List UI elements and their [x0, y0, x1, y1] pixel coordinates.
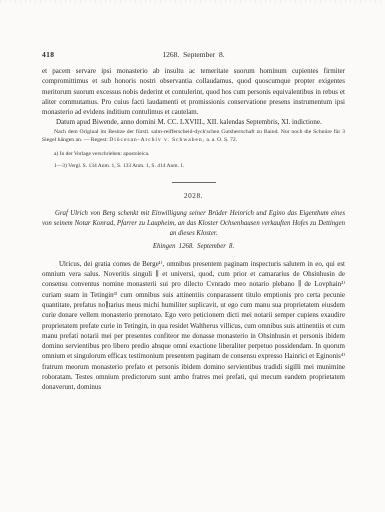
- section-divider-rule: [172, 182, 216, 183]
- charter-body-text: Ulricus, dei gratia comes de Berge¹⁾, om…: [42, 259, 345, 393]
- footnote-1-3: 1—3) Vergl. S. 134 Anm. 1, S. 133 Anm. 1…: [42, 162, 345, 170]
- charter-dateline: Ehingen 1268. September 8.: [42, 242, 345, 252]
- running-head: 1268. September 8.: [42, 50, 345, 59]
- scan-edge-artifact: [0, 0, 385, 3]
- previous-charter-continuation: et pacem servare ipsi monasterio ab insu…: [42, 66, 345, 117]
- charter-regest-summary: Graf Ulrich von Berg schenkt mit Einwill…: [42, 209, 345, 239]
- previous-charter-provenance-note: Nach dem Original im Besitze der fürstl.…: [42, 128, 345, 144]
- provenance-page-reference: a. a. O. S. 72.: [205, 137, 237, 143]
- book-page: 418 1268. September 8. et pacem servare …: [0, 0, 385, 512]
- previous-charter-datum-line: Datum apud Biwende, anno domini M. CC. L…: [42, 117, 345, 127]
- provenance-regest-source: Diöcesan-Archiv v. Schwaben,: [109, 137, 205, 143]
- text-column: et pacem servare ipsi monasterio ab insu…: [42, 66, 345, 393]
- footnote-a: a) In der Vorlage verschrieben: apostole…: [42, 150, 345, 158]
- charter-number: 2028.: [42, 192, 345, 200]
- page-header: 418 1268. September 8.: [42, 50, 345, 62]
